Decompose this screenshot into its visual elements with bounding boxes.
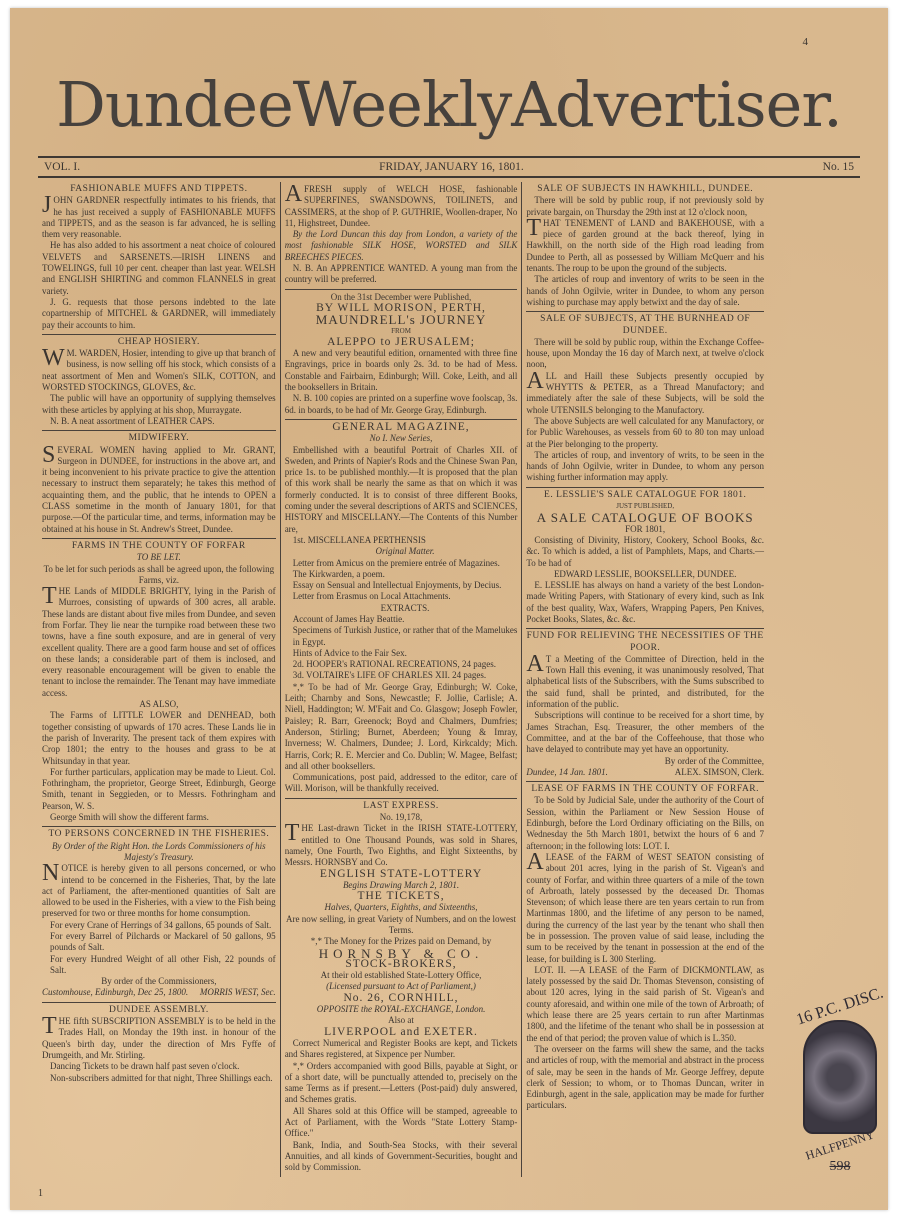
ad-text: The public will have an opportunity of s…	[42, 393, 276, 416]
catalogue-title: A SALE CATALOGUE OF BOOKS	[526, 512, 764, 523]
book-title: MAUNDRELL's JOURNEY	[285, 314, 518, 325]
lottery-tickets: THE TICKETS,	[285, 891, 518, 902]
ad-text: LOT. II. —A LEASE of the Farm of DICKMON…	[526, 965, 764, 1044]
ad-text: For further particulars, application may…	[42, 767, 276, 812]
signature-place: Dundee, 14 Jan. 1801.	[526, 767, 607, 778]
ad-poor-fund: FUND FOR RELIEVING THE NECESSITIES OF TH…	[526, 629, 764, 782]
masthead-title: DundeeWeeklyAdvertiser.	[10, 68, 888, 141]
list-item: Essay on Sensual and Intellectual Enjoym…	[285, 580, 518, 591]
crown-seal-icon	[803, 1020, 877, 1134]
column-1: FASHIONABLE MUFFS AND TIPPETS. JOHN GARD…	[38, 182, 280, 1177]
ad-text: AT a Meeting of the Committee of Directi…	[526, 654, 764, 710]
ad-heading: TO PERSONS CONCERNED IN THE FISHERIES.	[42, 829, 276, 840]
firm-office: At their old established State-Lottery O…	[285, 970, 518, 981]
ad-text: THE Lands of MIDDLE BRIGHTY, lying in th…	[42, 586, 276, 699]
ad-text: J. G. requests that those persons indebt…	[42, 297, 276, 331]
firm-branches: LIVERPOOL and EXETER.	[285, 1027, 518, 1038]
signature: Customhouse, Edinburgh, Dec 25, 1800. MO…	[42, 987, 276, 998]
ad-heading: FUND FOR RELIEVING THE NECESSITIES OF TH…	[526, 631, 764, 654]
ad-text: *,* To be had of Mr. George Gray, Edinbu…	[285, 682, 518, 772]
ad-text: To be Sold by Judicial Sale, under the a…	[526, 795, 764, 851]
ad-lottery: LAST EXPRESS. No. 19,178, THE Last-drawn…	[285, 799, 518, 1177]
ad-farms-forfar: FARMS IN THE COUNTY OF FORFAR TO BE LET.…	[42, 539, 276, 827]
ad-text: A new and very beautiful edition, orname…	[285, 348, 518, 393]
ad-heading: LEASE OF FARMS IN THE COUNTY OF FORFAR.	[526, 784, 764, 795]
ad-text: N. B. 100 copies are printed on a superf…	[285, 393, 518, 416]
ad-text: The articles of roup, and inventory of w…	[526, 450, 764, 484]
ad-burnhead: SALE OF SUBJECTS, AT THE BURNHEAD OF DUN…	[526, 312, 764, 487]
ad-text: The above Subjects are well calculated f…	[526, 416, 764, 450]
ad-text: Bank, India, and South-Sea Stocks, with …	[285, 1140, 518, 1174]
ad-heading: MIDWIFERY.	[42, 433, 276, 444]
list-item: 2d. HOOPER's RATIONAL RECREATIONS, 24 pa…	[285, 659, 518, 670]
catalogue-year: FOR 1801,	[526, 524, 764, 535]
ad-magazine: GENERAL MAGAZINE, No I. New Series, Embe…	[285, 420, 518, 799]
firm-address: No. 26, CORNHILL,	[285, 993, 518, 1004]
tax-stamp: 16 P.C. DISC. HALFPENNY 598	[790, 998, 890, 1198]
list-item: Original Matter.	[285, 546, 518, 557]
ad-text: Are now selling, in great Variety of Num…	[285, 914, 518, 937]
ad-hosiery: CHEAP HOSIERY. WM. WARDEN, Hosier, inten…	[42, 335, 276, 431]
list-item: 1st. MISCELLANEA PERTHENSIS	[285, 535, 518, 546]
ad-text: A FRESH supply of WELCH HOSE, fashionabl…	[285, 184, 518, 229]
ad-text: N. B. A neat assortment of LEATHER CAPS.	[42, 416, 276, 427]
ad-fisheries: TO PERSONS CONCERNED IN THE FISHERIES. B…	[42, 827, 276, 1002]
ad-text: THE Last-drawn Ticket in the IRISH STATE…	[285, 823, 518, 868]
column-2: A FRESH supply of WELCH HOSE, fashionabl…	[280, 182, 522, 1177]
signature-name: ALEX. SIMSON, Clerk.	[675, 767, 764, 778]
ad-text: WM. WARDEN, Hosier, intending to give up…	[42, 348, 276, 393]
ad-text: By order of the Commissioners,	[42, 976, 276, 987]
list-item: For every Crane of Herrings of 34 gallon…	[42, 920, 276, 931]
list-item: EXTRACTS.	[285, 603, 518, 614]
ad-heading: SALE OF SUBJECTS IN HAWKHILL, DUNDEE.	[526, 184, 764, 195]
ad-heading: DUNDEE ASSEMBLY.	[42, 1005, 276, 1016]
list-item: 3d. VOLTAIRE's LIFE OF CHARLES XII. 24 p…	[285, 670, 518, 681]
ad-text: The articles of roup and inventory of wr…	[526, 274, 764, 308]
ad-text: Dancing Tickets to be drawn half past se…	[42, 1061, 276, 1072]
list-item: Hints of Advice to the Fair Sex.	[285, 648, 518, 659]
ad-text: E. LESSLIE has always on hand a variety …	[526, 580, 764, 625]
issue-number: No. 15	[823, 161, 854, 173]
ad-heading: FASHIONABLE MUFFS AND TIPPETS.	[42, 184, 276, 195]
ad-text: By order of the Committee,	[526, 756, 764, 767]
newspaper-page: 4 DundeeWeeklyAdvertiser. VOL. I. FRIDAY…	[10, 8, 888, 1210]
ad-text: ALL and Haill these Subjects presently o…	[526, 371, 764, 416]
list-item: Specimens of Turkish Justice, or rather …	[285, 625, 518, 648]
ad-text: Non-subscribers admitted for that night,…	[42, 1073, 276, 1084]
volume: VOL. I.	[44, 161, 80, 173]
contents-list: 1st. MISCELLANEA PERTHENSIS Original Mat…	[285, 535, 518, 682]
ad-text: By the Lord Duncan this day from London,…	[285, 229, 518, 263]
ad-text: THAT TENEMENT of LAND and BAKEHOUSE, wit…	[526, 218, 764, 274]
signature: Dundee, 14 Jan. 1801. ALEX. SIMSON, Cler…	[526, 767, 764, 778]
ad-subheading: By Order of the Right Hon. the Lords Com…	[42, 841, 276, 864]
signature-place: Customhouse, Edinburgh, Dec 25, 1800.	[42, 987, 188, 998]
ad-midwifery: MIDWIFERY. SEVERAL WOMEN having applied …	[42, 431, 276, 539]
ad-catalogue: E. LESSLIE's SALE CATALOGUE FOR 1801. JU…	[526, 488, 764, 630]
ad-subheading: TO BE LET.	[42, 552, 276, 563]
ad-text: To be let for such periods as shall be a…	[42, 564, 276, 587]
ad-subheading: No. 19,178,	[285, 812, 518, 823]
list-item: Account of James Hay Beattie.	[285, 614, 518, 625]
issue-date: FRIDAY, JANUARY 16, 1801.	[379, 161, 524, 173]
ad-heading: CHEAP HOSIERY.	[42, 337, 276, 348]
ad-text: JOHN GARDNER respectfully intimates to h…	[42, 195, 276, 240]
firm-opposite: OPPOSITE the ROYAL-EXCHANGE, London.	[285, 1004, 518, 1015]
ad-text: NOTICE is hereby given to all persons co…	[42, 863, 276, 919]
ad-text: There will be sold by public roup, if no…	[526, 195, 764, 218]
ad-lease-farms: LEASE OF FARMS IN THE COUNTY OF FORFAR. …	[526, 782, 764, 1115]
ad-muffs: FASHIONABLE MUFFS AND TIPPETS. JOHN GARD…	[42, 182, 276, 335]
ad-text: Embellished with a beautiful Portrait of…	[285, 445, 518, 535]
salt-list: For every Crane of Herrings of 34 gallon…	[42, 920, 276, 976]
list-item: Letter from Erasmus on Local Attachments…	[285, 591, 518, 602]
signature-name: MORRIS WEST, Sec.	[200, 987, 276, 998]
ad-heading: FARMS IN THE COUNTY OF FORFAR	[42, 541, 276, 552]
ad-text: *,* Orders accompanied with good Bills, …	[285, 1061, 518, 1106]
ad-hawkhill: SALE OF SUBJECTS IN HAWKHILL, DUNDEE. Th…	[526, 182, 764, 312]
ad-assembly: DUNDEE ASSEMBLY. THE fifth SUBSCRIPTION …	[42, 1003, 276, 1087]
ad-text: Consisting of Divinity, History, Cookery…	[526, 535, 764, 569]
ad-text: N. B. An APPRENTICE WANTED. A young man …	[285, 263, 518, 286]
ad-text: THE fifth SUBSCRIPTION ASSEMBLY is to be…	[42, 1016, 276, 1061]
columns: FASHIONABLE MUFFS AND TIPPETS. JOHN GARD…	[38, 182, 768, 1177]
ad-text: Correct Numerical and Register Books are…	[285, 1038, 518, 1061]
corner-mark: 1	[38, 1188, 43, 1199]
ad-text: George Smith will show the different far…	[42, 812, 276, 823]
ad-text: AS ALSO,	[42, 699, 276, 710]
ad-text: The overseer on the farms will shew the …	[526, 1044, 764, 1112]
ad-heading: E. LESSLIE's SALE CATALOGUE FOR 1801.	[526, 490, 764, 501]
ad-welch-hose: A FRESH supply of WELCH HOSE, fashionabl…	[285, 182, 518, 290]
ad-subheading: No I. New Series,	[285, 433, 518, 444]
ad-heading: SALE OF SUBJECTS, AT THE BURNHEAD OF DUN…	[526, 314, 764, 337]
list-item: Letter from Amicus on the premiere entré…	[285, 558, 518, 569]
list-item: For every Hundred Weight of all other Fi…	[42, 954, 276, 977]
list-item: The Kirkwarden, a poem.	[285, 569, 518, 580]
firm-also: Also at	[285, 1015, 518, 1026]
ad-text: SEVERAL WOMEN having applied to Mr. GRAN…	[42, 445, 276, 535]
ad-text: A LEASE of the FARM of WEST SEATON consi…	[526, 852, 764, 965]
lottery-kinds: Halves, Quarters, Eighths, and Sixteenth…	[285, 902, 518, 913]
ad-heading: GENERAL MAGAZINE,	[285, 422, 518, 433]
dateline: VOL. I. FRIDAY, JANUARY 16, 1801. No. 15	[38, 156, 860, 178]
ad-text: EDWARD LESSLIE, BOOKSELLER, DUNDEE.	[526, 569, 764, 580]
column-3: SALE OF SUBJECTS IN HAWKHILL, DUNDEE. Th…	[521, 182, 768, 1177]
ad-text: Subscriptions will continue to be receiv…	[526, 710, 764, 755]
ad-text: The Farms of LITTLE LOWER and DENHEAD, b…	[42, 710, 276, 766]
list-item: For every Barrel of Pilchards or Mackare…	[42, 931, 276, 954]
ad-maundrell: On the 31st December were Published, BY …	[285, 290, 518, 420]
ad-heading: LAST EXPRESS.	[285, 801, 518, 812]
ad-text: There will be sold by public roup, withi…	[526, 337, 764, 371]
ad-text: Communications, post paid, addressed to …	[285, 772, 518, 795]
ad-text: All Shares sold at this Office will be s…	[285, 1106, 518, 1140]
book-route: ALEPPO to JERUSALEM;	[285, 337, 518, 348]
ad-text: He has also added to his assortment a ne…	[42, 240, 276, 296]
page-mark: 4	[803, 36, 809, 48]
lottery-title: ENGLISH STATE-LOTTERY	[285, 869, 518, 880]
